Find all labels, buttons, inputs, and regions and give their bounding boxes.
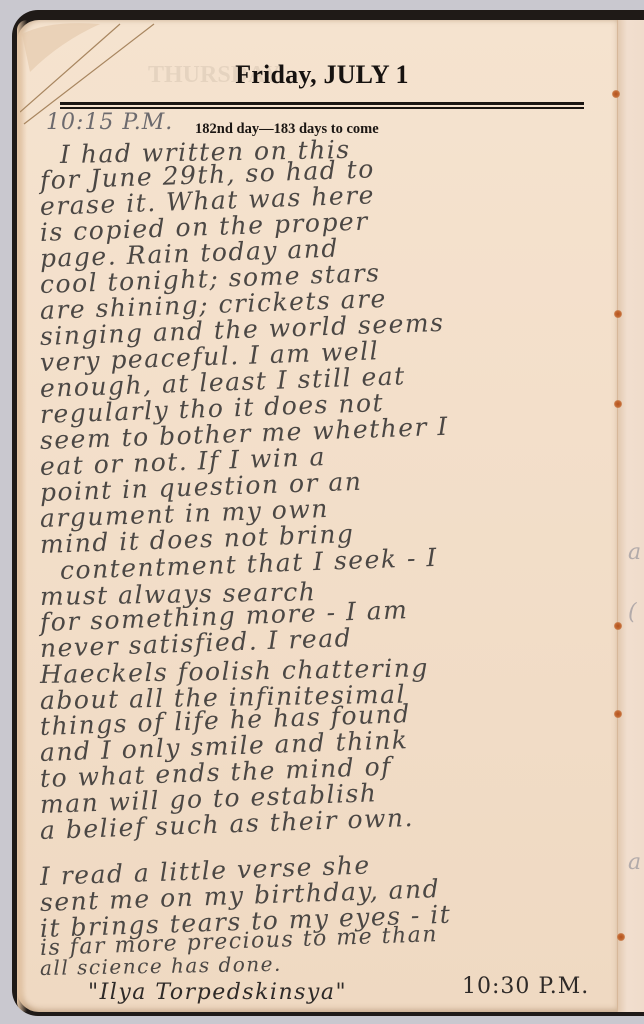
entry-end-time: 10:30 P.M. [462,974,589,999]
rust-spot [614,622,622,630]
signature-quote: "Ilya Torpedskinsya" [88,980,347,1005]
rust-spot [614,710,622,718]
header-rule-thick [60,102,584,105]
rust-spot [612,90,620,98]
adjacent-page-pencil-mark: a [628,540,641,565]
header-rule-thin [60,107,584,109]
page-header: Friday, JULY 1 [60,60,584,90]
adjacent-page-pencil-mark: a [628,850,641,875]
adjacent-page-pencil-mark: ( [628,600,637,625]
entry-start-time: 10:15 P.M. [46,110,173,135]
entry-line: all science has done. [40,952,282,980]
adjacent-page-edge: a ( a [617,20,644,1012]
rust-spot [614,400,622,408]
day-title: Friday, JULY 1 [60,60,584,90]
page-edge-shadow [17,20,27,1012]
rust-spot [614,310,622,318]
rust-spot [617,933,625,941]
